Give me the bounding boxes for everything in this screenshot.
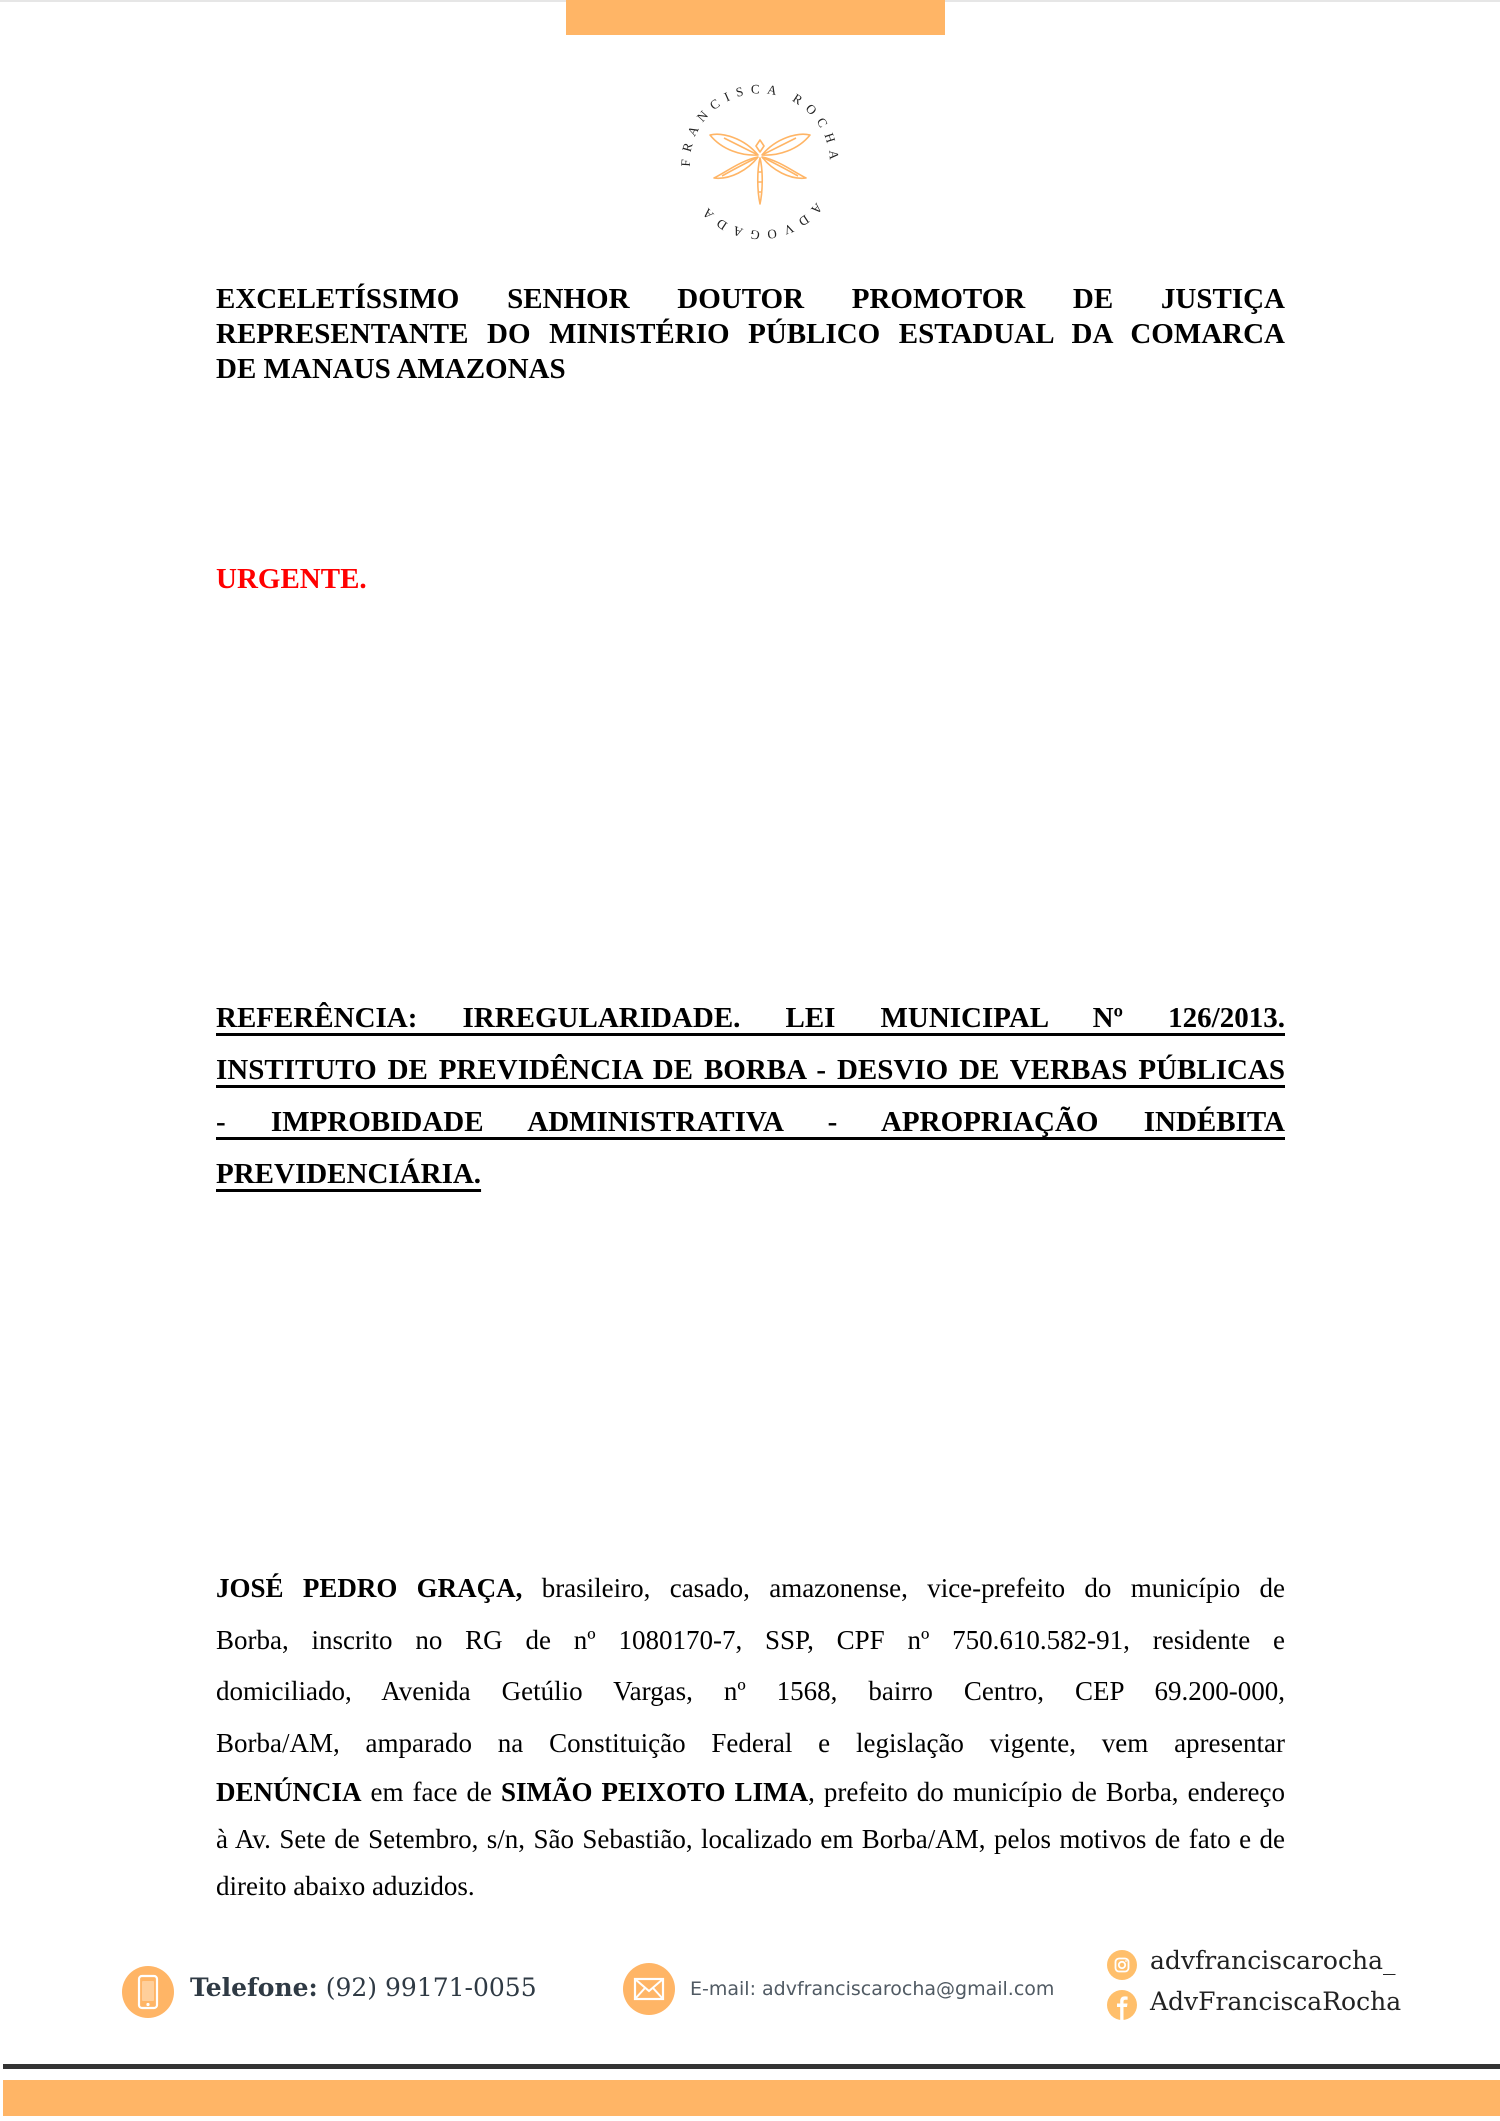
paragraph-line: JOSÉ PEDRO GRAÇA, brasileiro, casado, am…: [216, 1563, 1285, 1615]
paragraph-line: direito abaixo aduzidos.: [216, 1863, 1285, 1910]
facebook-handle[interactable]: AdvFranciscaRocha: [1150, 1987, 1401, 2016]
paragraph-line: Borba/AM, amparado na Constituição Feder…: [216, 1718, 1285, 1770]
email-address[interactable]: E-mail: advfranciscarocha@gmail.com: [690, 1978, 1054, 2000]
reference-line: - IMPROBIDADE ADMINISTRATIVA - APROPRIAÇ…: [216, 1096, 1285, 1148]
header-accent-bar: [566, 0, 945, 35]
denuncia-label: DENÚNCIA: [216, 1777, 362, 1807]
facebook-icon: [1107, 1990, 1137, 2020]
reference-subject: REFERÊNCIA: IRREGULARIDADE. LEI MUNICIPA…: [216, 992, 1285, 1200]
heading-line: EXCELETÍSSIMO SENHOR DOUTOR PROMOTOR DE …: [216, 282, 1285, 317]
footer-accent-bar: [3, 2080, 1500, 2116]
paragraph-line: Borba, inscrito no RG de nº 1080170-7, S…: [216, 1615, 1285, 1667]
addressee-heading: EXCELETÍSSIMO SENHOR DOUTOR PROMOTOR DE …: [216, 282, 1285, 387]
dragonfly-logo-icon: FRANCISCA ROCHA ADVOGADA: [678, 80, 842, 244]
paragraph-line: à Av. Sete de Setembro, s/n, São Sebasti…: [216, 1816, 1285, 1863]
phone-icon: [122, 1966, 174, 2018]
complaint-paragraph: JOSÉ PEDRO GRAÇA, brasileiro, casado, am…: [216, 1563, 1285, 1910]
footer-divider: [3, 2064, 1500, 2069]
reference-line: INSTITUTO DE PREVIDÊNCIA DE BORBA - DESV…: [216, 1044, 1285, 1096]
complainant-name: JOSÉ PEDRO GRAÇA,: [216, 1573, 522, 1603]
reference-line: REFERÊNCIA: IRREGULARIDADE. LEI MUNICIPA…: [216, 992, 1285, 1044]
heading-line: DE MANAUS AMAZONAS: [216, 352, 1285, 387]
heading-line: REPRESENTANTE DO MINISTÉRIO PÚBLICO ESTA…: [216, 317, 1285, 352]
paragraph-line: domiciliado, Avenida Getúlio Vargas, nº …: [216, 1666, 1285, 1718]
accused-name: SIMÃO PEIXOTO LIMA: [501, 1777, 808, 1807]
svg-text:FRANCISCA ROCHA: FRANCISCA ROCHA: [678, 81, 842, 167]
instagram-icon: [1107, 1950, 1137, 1980]
instagram-handle[interactable]: advfranciscarocha_: [1150, 1946, 1395, 1975]
reference-line: PREVIDENCIÁRIA.: [216, 1148, 1285, 1200]
envelope-icon: [623, 1963, 675, 2015]
paragraph-line: DENÚNCIA em face de SIMÃO PEIXOTO LIMA, …: [216, 1769, 1285, 1816]
urgent-label: URGENTE.: [216, 562, 1285, 597]
svg-text:ADVOGADA: ADVOGADA: [694, 200, 825, 243]
phone-number[interactable]: Telefone: (92) 99171-0055: [190, 1973, 537, 2002]
